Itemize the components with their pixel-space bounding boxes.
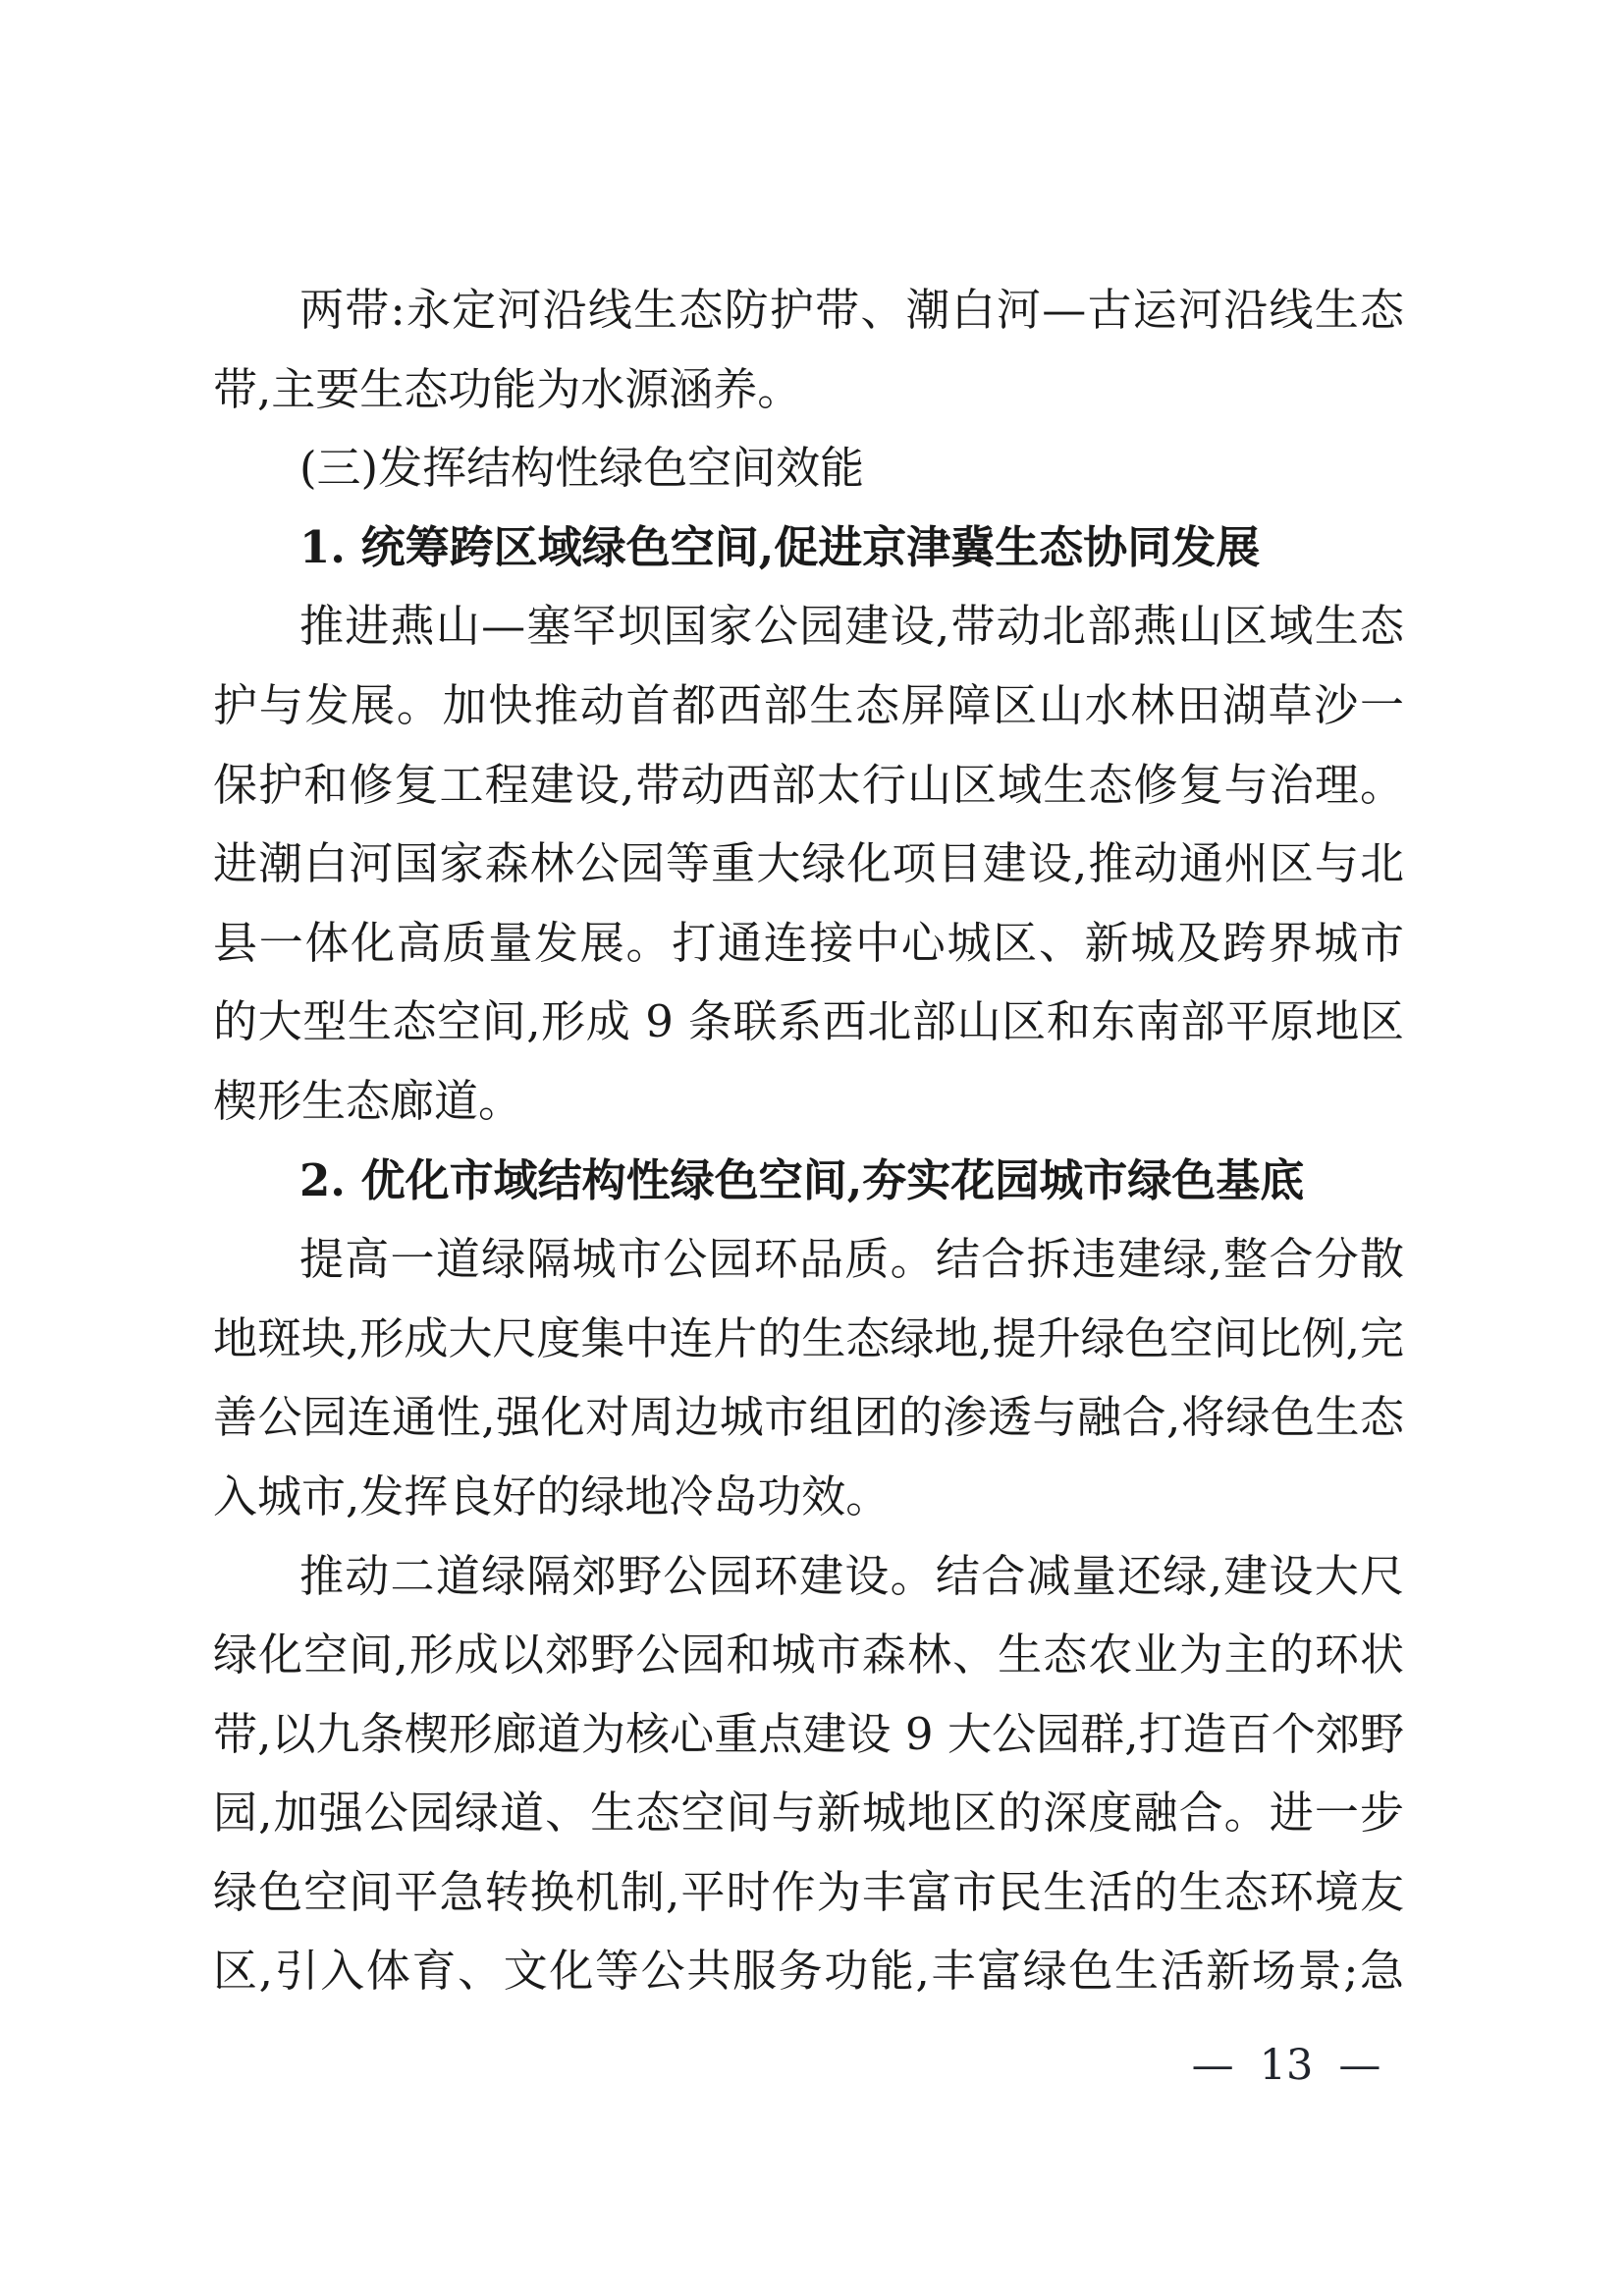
- text-line: 护与发展。加快推动首都西部生态屏障区山水林田湖草沙一体化: [213, 667, 1404, 746]
- text-line: 带,以九条楔形廊道为核心重点建设 9 大公园群,打造百个郊野公: [213, 1695, 1404, 1775]
- text-line: 推进燕山—塞罕坝国家公园建设,带动北部燕山区域生态保: [213, 587, 1404, 667]
- text-line: 园,加强公园绿道、生态空间与新城地区的深度融合。进一步完善: [213, 1774, 1404, 1853]
- text-line: 区,引入体育、文化等公共服务功能,丰富绿色生活新场景;急时承: [213, 1932, 1404, 2011]
- page-number-value: 13: [1260, 2041, 1314, 2090]
- text-line: (三)发挥结构性绿色空间效能: [213, 429, 1404, 508]
- section-heading: 2. 优化市域结构性绿色空间,夯实花园城市绿色基底: [213, 1142, 1404, 1221]
- text-line: 入城市,发挥良好的绿地冷岛功效。: [213, 1458, 1404, 1537]
- text-line: 县一体化高质量发展。打通连接中心城区、新城及跨界城市组团: [213, 904, 1404, 984]
- text-line: 两带:永定河沿线生态防护带、潮白河—古运河沿线生态保护: [213, 271, 1404, 350]
- text-line: 善公园连通性,强化对周边城市组团的渗透与融合,将绿色生态引: [213, 1378, 1404, 1458]
- text-line: 推动二道绿隔郊野公园环建设。结合减量还绿,建设大尺度: [213, 1537, 1404, 1617]
- text-line: 楔形生态廊道。: [213, 1062, 1404, 1142]
- text-line: 绿色空间平急转换机制,平时作为丰富市民生活的生态环境友好: [213, 1853, 1404, 1933]
- text-line: 带,主要生态功能为水源涵养。: [213, 350, 1404, 430]
- text-line: 地斑块,形成大尺度集中连片的生态绿地,提升绿色空间比例,完: [213, 1300, 1404, 1379]
- section-heading: 1. 统筹跨区域绿色空间,促进京津冀生态协同发展: [213, 508, 1404, 588]
- page-number: — 13 —: [1129, 2034, 1443, 2097]
- page-number-dash-right: —: [1338, 2041, 1380, 2090]
- document-body: 两带:永定河沿线生态防护带、潮白河—古运河沿线生态保护带,主要生态功能为水源涵养…: [213, 271, 1404, 2011]
- page-number-dash-left: —: [1192, 2041, 1234, 2090]
- text-line: 进潮白河国家森林公园等重大绿化项目建设,推动通州区与北三: [213, 825, 1404, 904]
- document-page: 两带:永定河沿线生态防护带、潮白河—古运河沿线生态保护带,主要生态功能为水源涵养…: [0, 0, 1624, 2296]
- text-line: 的大型生态空间,形成 9 条联系西北部山区和东南部平原地区的: [213, 983, 1404, 1062]
- text-line: 提高一道绿隔城市公园环品质。结合拆违建绿,整合分散绿: [213, 1220, 1404, 1300]
- text-line: 保护和修复工程建设,带动西部太行山区域生态修复与治理。推: [213, 746, 1404, 826]
- text-line: 绿化空间,形成以郊野公园和城市森林、生态农业为主的环状绿化: [213, 1616, 1404, 1695]
